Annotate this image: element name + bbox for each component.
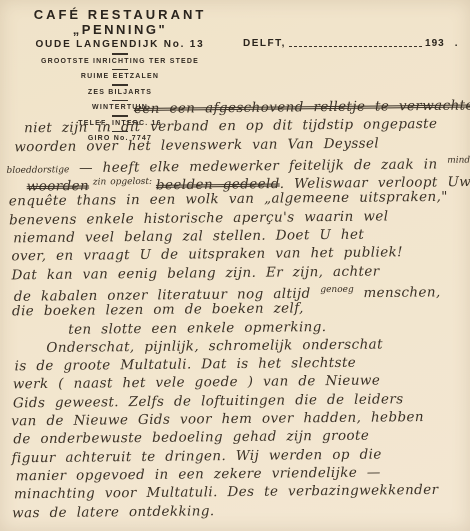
manuscript-text-segment: minder (447, 155, 470, 165)
manuscript-text-segment: was de latere ontdekking. (12, 503, 215, 521)
manuscript-text-segment: zin opgelost: (89, 177, 156, 188)
scanned-letter-page: CAFÉ RESTAURANT „PENNING" OUDE LANGENDIJ… (0, 0, 470, 531)
manuscript-text-segment: niemand veel belang zal stellen. Doet U … (13, 227, 364, 247)
letterhead-divider-dash (112, 69, 128, 71)
dateline: DELFT, 193 . (243, 38, 459, 49)
letterhead-detail-line: GROOTSTE INRICHTING TER STEDE (6, 58, 234, 66)
letterhead-divider-dash (112, 53, 128, 55)
letterhead-divider-dash (112, 84, 128, 86)
manuscript-line: was de latere ontdekking. (10, 499, 466, 522)
manuscript-text-segment: een een afgeschovend relletje te verwach… (134, 97, 470, 117)
manuscript-text-segment: genoeg (320, 285, 353, 295)
dateline-suffix: . (455, 38, 459, 49)
manuscript-text-segment: manier opgevoed in een zekere vriendelij… (16, 464, 381, 484)
dateline-city: DELFT, (243, 38, 286, 49)
letterhead-business-name: CAFÉ RESTAURANT (6, 7, 234, 22)
manuscript-text-segment: ten slotte een enkele opmerking. (68, 319, 326, 338)
manuscript-text-segment: Onderschat, pijnlijk, schromelijk onders… (46, 336, 383, 356)
dateline-fill-rule (289, 38, 422, 47)
manuscript-text-segment: de onderbewuste bedoeling gehad zijn gro… (13, 428, 369, 448)
dateline-year: 193 (425, 38, 445, 49)
manuscript-text-segment: is de groote Multatuli. Dat is het slech… (15, 355, 357, 375)
letterhead-address: OUDE LANGENDIJK No. 13 (6, 39, 234, 50)
handwritten-manuscript: een een afgeschovend relletje te verwach… (6, 97, 466, 523)
letterhead-business-subname: „PENNING" (6, 22, 234, 37)
manuscript-text-segment: die boeken lezen om de boeken zelf, (12, 301, 304, 320)
letterhead-detail-line: RUIME EETZALEN (6, 73, 234, 81)
letterhead-detail-line: ZES BILJARTS (6, 89, 234, 97)
manuscript-text-segment: woorden over het levenswerk van Van Deys… (14, 135, 379, 155)
